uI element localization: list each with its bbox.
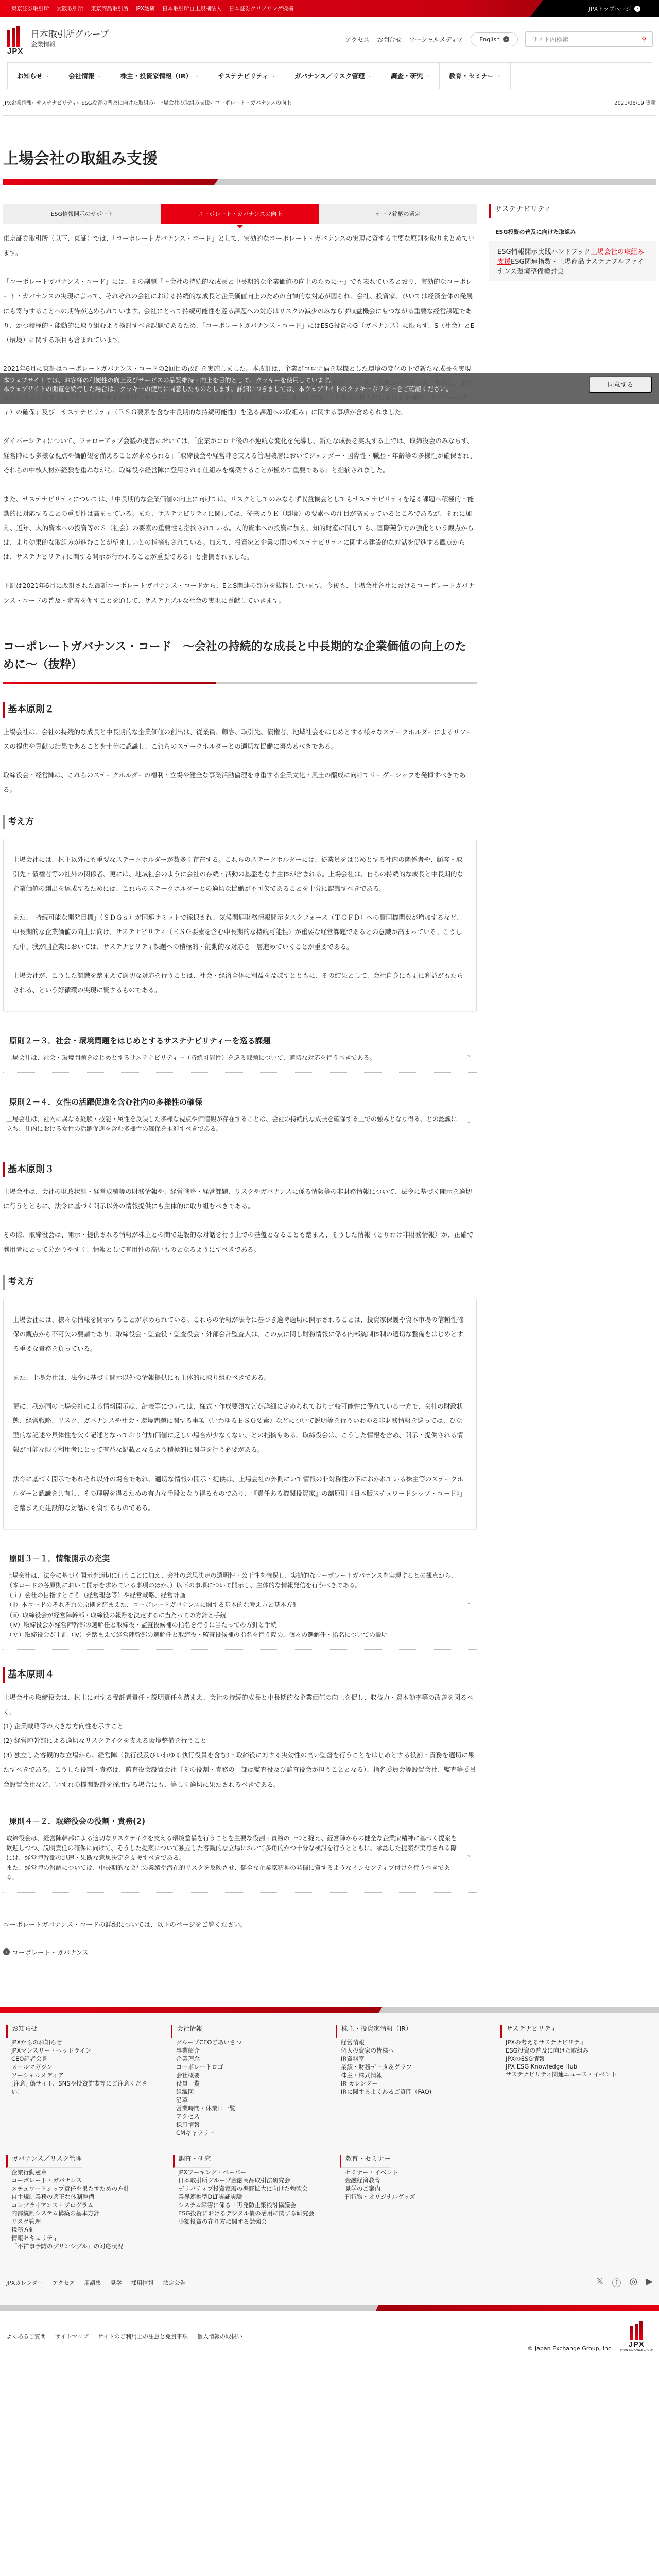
chevron-down-icon[interactable]: ⌄ — [466, 1851, 472, 1858]
nav-item-label: 会社情報 — [68, 71, 94, 80]
footer-link[interactable]: IR カレンダー — [341, 2079, 483, 2088]
nav-item-label: 教育・セミナー — [449, 71, 494, 80]
approach-heading: 考え方 — [3, 1275, 477, 1290]
footer-link-list: JPXの考えるサステナビリティESG投資の普及に向けた取組みJPXのESG情報J… — [500, 2033, 653, 2078]
nav-item-label: 株主・投資家情報（IR） — [120, 71, 192, 80]
site-header: JPX 日本取引所グループ 企業情報 アクセス お問合せ ソーシャルメディア E… — [0, 17, 659, 62]
sidebar-list: ESG情報開示実践ハンドブック上場会社の取組み支援ESG関連指数・上場商品サステ… — [489, 241, 656, 281]
footer-link[interactable]: 刊行物・オリジナルグッズ — [345, 2193, 489, 2201]
footer-link[interactable]: 会社概要 — [176, 2071, 318, 2079]
footer-link[interactable]: IRに関するよくあるご質問（FAQ) — [341, 2088, 483, 2096]
accordion-body: 上場会社は、社内に異なる経験・技能・属性を反映した多様な視点や価値観が存在するこ… — [6, 1114, 474, 1134]
global-nav: お知らせ⌄会社情報⌄株主・投資家情報（IR）⌄サステナビリティ⌄ガバナンス／リス… — [7, 62, 652, 89]
tab-item[interactable]: テーマ銘柄の選定 — [319, 204, 477, 224]
nav-item[interactable]: 教育・セミナー⌄ — [439, 63, 511, 89]
footer-column-heading[interactable]: お知らせ — [6, 2025, 38, 2038]
principle-paragraph: その際、取締役会は、開示・提供される情報が株主との間で建設的な対話を行う上での基… — [3, 1228, 477, 1257]
principle-paragraph: 取締役会・経営陣は、これらのステークホルダーの権利・立場や健全な事業活動倫理を尊… — [3, 768, 477, 797]
updated-date: 2021/08/19 更新 — [614, 98, 656, 106]
approach-box: 上場会社には、株主以外にも重要なステークホルダーが数多く存在する。これらのステー… — [3, 839, 477, 1011]
footer-link[interactable]: 内部統制システム構築の基本方針 — [11, 2209, 155, 2217]
footer-utility-links: JPXカレンダーアクセス用語集見学採用情報法定公告 — [6, 2279, 185, 2287]
group-topbar: 東京証券取引所大阪取引所東京商品取引所JPX総研日本取引所自主規制法人日本証券ク… — [0, 0, 659, 17]
footer-link[interactable]: 「不祥事予防のプリンシプル」の対応状況 — [11, 2242, 155, 2250]
x-icon[interactable]: 𝕏 — [596, 2276, 604, 2290]
accordion-body: 上場会社は、社会・環境問題をはじめとするサステナビリティー（持続可能性）を巡る課… — [6, 1053, 474, 1063]
legal-bar: よくあるご質問サイトマップサイトのご利用上の注意と免責事項個人情報の取扱い © … — [0, 2311, 659, 2372]
group-company-link[interactable]: 日本取引所自主規制法人 — [162, 5, 222, 12]
footer-link[interactable]: JPXのESG情報 — [506, 2055, 648, 2063]
footer-utility-link[interactable]: JPXカレンダー — [6, 2279, 43, 2287]
footer-link[interactable]: 株主・株式情報 — [341, 2071, 483, 2079]
chevron-down-icon: ⌄ — [497, 73, 501, 78]
page-title: 上場会社の取組み支援 — [3, 146, 656, 168]
footer-link[interactable]: メールマガジン — [11, 2063, 153, 2071]
header-link-social[interactable]: ソーシャルメディア — [409, 35, 463, 44]
title-divider — [3, 179, 656, 185]
principle-text: 上場会社の取締役会は、株主に対する受託者責任・説明責任を踏まえ、会社の持続的成長… — [3, 1690, 477, 1792]
footer-link[interactable]: 役員一覧 — [176, 2079, 318, 2088]
breadcrumb-item: コーポレート・ガバナンスの向上 — [215, 100, 291, 106]
footer: お知らせJPXからのお知らせJPXマンスリー・ヘッドラインCEO記者会見メールマ… — [0, 2013, 659, 2305]
jpx-logo[interactable]: JPX 日本取引所グループ 企業情報 — [7, 24, 109, 56]
breadcrumb-item[interactable]: サステナビリティ — [37, 100, 77, 106]
legal-link[interactable]: よくあるご質問 — [6, 2332, 46, 2341]
nav-item[interactable]: 株主・投資家情報（IR）⌄ — [111, 63, 209, 89]
footer-link[interactable]: 企業行動憲章 — [11, 2168, 155, 2176]
approach-paragraph: 上場会社には、株主以外にも重要なステークホルダーが数多く存在する。これらのステー… — [13, 853, 467, 896]
instagram-icon[interactable]: ◎ — [629, 2276, 637, 2290]
footer-column: 調査・研究JPXワーキング・ペーパー日本取引所グループ金融商品取引法研究会デリバ… — [173, 2154, 327, 2250]
intro-paragraph: 東京証券取引所（以下、東証）では、「コーポレートガバナンス・コード」として、実効… — [3, 231, 477, 260]
footer-link[interactable]: グループCEOごあいさつ — [176, 2038, 318, 2046]
footer-link[interactable]: セミナー・イベント — [345, 2168, 489, 2176]
chevron-down-icon: ⌄ — [368, 73, 372, 78]
principle-paragraph: 上場会社は、会社の持続的な成長と中長期的な企業価値の創出は、従業員、顧客、取引先… — [3, 725, 477, 754]
brand-subtitle: 企業情報 — [31, 40, 109, 48]
chevron-down-icon: ⌄ — [97, 73, 101, 78]
footer-link[interactable]: JPXの考えるサステナビリティ — [506, 2038, 648, 2046]
nav-item[interactable]: 調査・研究⌄ — [381, 63, 439, 89]
nav-item[interactable]: お知らせ⌄ — [7, 63, 59, 89]
footer-column-heading[interactable]: 会社情報 — [171, 2025, 202, 2038]
english-button[interactable]: English› — [471, 32, 518, 46]
chevron-down-icon[interactable]: ⌄ — [466, 1051, 472, 1058]
principle-text: 上場会社は、会社の持続的な成長と中長期的な企業価値の創出は、従業員、顧客、取引先… — [3, 725, 477, 798]
principle-heading: 基本原則４ — [3, 1667, 477, 1683]
footer-link[interactable]: 沿革 — [176, 2096, 318, 2104]
nav-item-label: 調査・研究 — [391, 71, 423, 80]
footer-link[interactable]: リスク管理 — [11, 2217, 155, 2226]
sidebar-heading[interactable]: サステナビリティ — [489, 204, 656, 218]
approach-paragraph: また、上場会社は、法令に基づく開示以外の情報提供にも主体的に取り組むべきである。 — [13, 1370, 467, 1385]
accordion-body: 取締役会は、経営陣幹部による適切なリスクテイクを支える環境整備を行うことを主要な… — [6, 1834, 474, 1883]
principle-heading: 基本原則３ — [3, 1162, 477, 1178]
principle-paragraph: 上場会社の取締役会は、株主に対する受託者責任・説明責任を踏まえ、会社の持続的成長… — [3, 1690, 477, 1719]
breadcrumb-separator-icon: › — [154, 100, 156, 106]
tab-item[interactable]: コーポレート・ガバナンスの向上 — [161, 204, 319, 224]
jpx-footer-logo: JPX JAPAN EXCHANGE GROUP — [620, 2321, 653, 2352]
breadcrumb: JPX企業情報›サステナビリティ›ESG投資の普及に向けた取組み›上場会社の取組… — [3, 98, 294, 106]
footer-link[interactable]: 企業理念 — [176, 2055, 318, 2063]
facebook-icon[interactable]: ⓕ — [612, 2276, 621, 2290]
breadcrumb-separator-icon: › — [210, 100, 212, 106]
sidebar-item[interactable]: ESG情報開示実践ハンドブック — [497, 248, 591, 256]
breadcrumb-separator-icon: › — [32, 100, 34, 106]
approach-paragraph: 更に、我が国の上場会社による情報開示は、計表等については、様式・作成要領などが詳… — [13, 1399, 467, 1458]
breadcrumb-row: JPX企業情報›サステナビリティ›ESG投資の普及に向けた取組み›上場会社の取組… — [3, 98, 656, 116]
approach-paragraph: 法令に基づく開示であれそれ以外の場合であれ、適切な情報の開示・提供は、上場会社の… — [13, 1472, 467, 1515]
footer-column-heading[interactable]: 株主・投資家情報（IR） — [336, 2025, 412, 2038]
search-icon[interactable]: ⚲ — [641, 36, 646, 43]
cookie-agree-button[interactable]: 同意する — [589, 376, 652, 393]
group-company-link[interactable]: JPX総研 — [136, 5, 155, 12]
chevron-down-icon[interactable]: ⌄ — [466, 1599, 472, 1606]
breadcrumb-item[interactable]: ESG投資の普及に向けた取組み — [81, 100, 153, 106]
footer-column: お知らせJPXからのお知らせJPXマンスリー・ヘッドラインCEO記者会見メールマ… — [6, 2024, 159, 2137]
nav-item-label: お知らせ — [17, 71, 43, 80]
sidebar: サステナビリティ ESG投資の普及に向けた取組み ESG情報開示実践ハンドブック… — [489, 204, 656, 1957]
footer-link-list: JPXワーキング・ペーパー日本取引所グループ金融商品取引法研究会デリバティブ投資… — [173, 2163, 327, 2226]
principle-paragraph: 上場会社は、会社の財政状態・経営成績等の財務情報や、経営戦略・経営課題、リスクや… — [3, 1184, 477, 1213]
corporate-governance-link[interactable]: ›コーポレート・ガバナンス — [3, 1947, 477, 1957]
footer-link[interactable]: アクセス — [176, 2112, 318, 2121]
footer-link[interactable]: スチュワードシップ責任を果たすための方針 — [11, 2184, 155, 2193]
tab-item[interactable]: ESG情報開示のサポート — [3, 204, 161, 224]
footer-link[interactable]: 組織図 — [176, 2088, 318, 2096]
footer-link[interactable]: システム障害に係る「再発防止策検討協議会」 — [178, 2201, 322, 2209]
nav-item-label: ガバナンス／リスク管理 — [294, 71, 365, 80]
nav-item[interactable]: ガバナンス／リスク管理⌄ — [285, 63, 381, 89]
chevron-down-icon: ⌄ — [46, 73, 50, 78]
principle-paragraph: (1) 企業戦略等の大きな方向性を示すこと — [3, 1719, 477, 1734]
approach-box: 上場会社には、様々な情報を開示することが求められている。これらの情報が法令に基づ… — [3, 1299, 477, 1529]
approach-paragraph: 上場会社が、こうした認識を踏まえて適切な対応を行うことは、社会・経済全体に利益を… — [13, 969, 467, 997]
group-company-link[interactable]: 東京商品取引所 — [91, 5, 129, 12]
principle-text: 上場会社は、会社の財政状態・経営成績等の財務情報や、経営戦略・経営課題、リスクや… — [3, 1184, 477, 1257]
jpx-logo-mark: JPX — [7, 24, 26, 56]
footer-link[interactable]: デリバティブ投資家層の裾野拡大に向けた勉強会 — [178, 2184, 322, 2193]
group-company-link[interactable]: 東京証券取引所 — [11, 5, 49, 12]
main-content: ESG情報開示のサポートコーポレート・ガバナンスの向上テーマ銘柄の選定 東京証券… — [3, 204, 477, 1957]
footer-link[interactable]: コーポレートロゴ — [176, 2063, 318, 2071]
legal-link[interactable]: サイトマップ — [55, 2332, 89, 2341]
legal-link[interactable]: サイトのご利用上の注意と免責事項 — [98, 2332, 188, 2341]
footer-column: 会社情報グループCEOごあいさつ事業紹介企業理念コーポレートロゴ会社概要役員一覧… — [171, 2024, 323, 2137]
nav-item[interactable]: サステナビリティ⌄ — [209, 63, 285, 89]
principle-accordion[interactable]: 原則３－１．情報開示の充実上場会社は、法令に基づく開示を適切に行うことに加え、会… — [3, 1548, 477, 1650]
footer-link[interactable]: 採用情報 — [176, 2121, 318, 2129]
footer-column-heading[interactable]: 教育・セミナー — [340, 2155, 391, 2168]
code-title: コーポレートガバナンス・コード ～会社の持続的な成長と中長期的な企業価値の向上の… — [3, 638, 477, 674]
principle-paragraph: (3) 独立した客観的な立場から、経営陣（執行役及びいわゆる執行役員を含む）・取… — [3, 1748, 477, 1791]
intro-paragraph: また、サステナビリティについては、「中長期的な企業価値の向上に向けては、リスクと… — [3, 492, 477, 565]
footer-link-list: JPXからのお知らせJPXマンスリー・ヘッドラインCEO記者会見メールマガジンソ… — [6, 2033, 159, 2096]
footer-link[interactable]: JPX ESG Knowledge Hub — [506, 2063, 648, 2070]
accordion-title: 原則２－３．社会・環境問題をはじめとするサステナビリティーを巡る課題 — [6, 1035, 474, 1046]
nav-item-label: サステナビリティ — [218, 71, 269, 80]
group-company-link[interactable]: 大阪取引所 — [57, 5, 84, 12]
footer-column: 株主・投資家情報（IR）経営情報個人投資家の皆様へIR資料室業績・財務データ＆グ… — [336, 2024, 488, 2137]
chevron-down-icon: ⌄ — [195, 73, 199, 78]
footer-link[interactable]: 少額投資の在り方に関する勉強会 — [178, 2217, 322, 2226]
footer-link-list: グループCEOごあいさつ事業紹介企業理念コーポレートロゴ会社概要役員一覧組織図沿… — [171, 2033, 323, 2137]
footer-link[interactable]: サステナビリティ関連ニュース・イベント — [506, 2070, 648, 2078]
breadcrumb-item[interactable]: 上場会社の取組み支援 — [159, 100, 210, 106]
accordion-title: 原則２－４．女性の活躍促進を含む社内の多様性の確保 — [6, 1096, 474, 1107]
footer-link[interactable]: 業績・財務データ＆グラフ — [341, 2063, 483, 2071]
chevron-down-icon: ⌄ — [426, 73, 430, 78]
sidebar-item[interactable]: ESG関連指数・上場商品 — [511, 258, 585, 266]
approach-heading: 考え方 — [3, 815, 477, 829]
legal-links: よくあるご質問サイトマップサイトのご利用上の注意と免責事項個人情報の取扱い — [6, 2332, 242, 2341]
principle-accordion[interactable]: 原則２－４．女性の活躍促進を含む社内の多様性の確保上場会社は、社内に異なる経験・… — [3, 1091, 477, 1144]
footer-link[interactable]: 金融経済教育 — [345, 2176, 489, 2184]
nav-item[interactable]: 会社情報⌄ — [59, 63, 111, 89]
site-search-input[interactable]: サイト内検索⚲ — [525, 31, 653, 47]
brand-name: 日本取引所グループ — [31, 27, 109, 40]
principle-heading: 基本原則２ — [3, 702, 477, 718]
sidebar-subheading[interactable]: ESG投資の普及に向けた取組み — [489, 218, 656, 241]
chevron-down-icon[interactable]: ⌄ — [466, 1117, 472, 1125]
footer-column: サステナビリティJPXの考えるサステナビリティESG投資の普及に向けた取組みJP… — [500, 2024, 653, 2137]
arrow-right-icon: › — [3, 1948, 10, 1955]
accordion-title: 原則３－１．情報開示の充実 — [6, 1553, 474, 1564]
footer-link[interactable]: ESG投資の普及に向けた取組み — [506, 2046, 648, 2055]
footer-column: ガバナンス／リスク管理企業行動憲章コーポレート・ガバナンススチュワードシップ責任… — [6, 2154, 161, 2250]
footer-link[interactable]: 自主規制業務の適正な体制整備 — [11, 2193, 155, 2201]
breadcrumb-separator-icon: › — [77, 100, 79, 106]
footer-link[interactable]: JPXからのお知らせ — [11, 2038, 153, 2046]
footer-link[interactable]: 日本取引所グループ金融商品取引法研究会 — [178, 2176, 322, 2184]
principle-accordion[interactable]: 原則４－２．取締役会の役割・責務(2)取締役会は、経営陣幹部による適切なリスクテ… — [3, 1810, 477, 1893]
footer-link[interactable]: JPXマンスリー・ヘッドライン — [11, 2046, 153, 2055]
footer-link[interactable]: 営業時間・休業日一覧 — [176, 2104, 318, 2112]
footer-link[interactable]: IR資料室 — [341, 2055, 483, 2063]
intro-paragraph: 「コーポレートガバナンス・コード」には、その副題「～会社の持続的な成長と中長期的… — [3, 275, 477, 347]
footer-link[interactable]: ESG投資におけるデジタル債の活用に関する研究会 — [178, 2209, 322, 2217]
closing-text: コーポレートガバナンス・コードの詳細については、以下のページをご覧ください。 — [3, 1918, 477, 1932]
section-divider — [3, 682, 477, 684]
principle-accordion[interactable]: 原則２－３．社会・環境問題をはじめとするサステナビリティーを巡る課題上場会社は、… — [3, 1030, 477, 1073]
footer-link[interactable]: 経営情報 — [341, 2038, 483, 2046]
legal-link[interactable]: 個人情報の取扱い — [197, 2332, 242, 2341]
breadcrumb-item[interactable]: JPX企業情報 — [3, 100, 32, 106]
group-company-links: 東京証券取引所大阪取引所東京商品取引所JPX総研日本取引所自主規制法人日本証券ク… — [11, 5, 293, 12]
footer-utility-link[interactable]: 用語集 — [84, 2279, 101, 2287]
footer-divider-bottom — [0, 2305, 659, 2311]
footer-link-list: セミナー・イベント金融経済教育見学のご案内刊行物・オリジナルグッズ — [340, 2163, 494, 2201]
copyright: © Japan Exchange Group, Inc. — [527, 2345, 613, 2352]
footer-link[interactable]: 個人投資家の皆様へ — [341, 2046, 483, 2055]
approach-paragraph: 上場会社には、様々な情報を開示することが求められている。これらの情報が法令に基づ… — [13, 1313, 467, 1356]
footer-link[interactable]: 事業紹介 — [176, 2046, 318, 2055]
jpx-top-page-link[interactable]: JPXトップページ› — [530, 0, 659, 17]
footer-link-list: 企業行動憲章コーポレート・ガバナンススチュワードシップ責任を果たすための方針自主… — [6, 2163, 161, 2250]
youtube-icon[interactable]: ▶ — [646, 2276, 653, 2290]
footer-utility-link[interactable]: 見学 — [110, 2279, 122, 2287]
footer-column: 教育・セミナーセミナー・イベント金融経済教育見学のご案内刊行物・オリジナルグッズ — [340, 2154, 494, 2250]
footer-divider — [0, 2007, 659, 2013]
footer-link[interactable]: コンプライアンス・プログラム — [11, 2201, 155, 2209]
footer-column-heading[interactable]: ガバナンス／リスク管理 — [6, 2155, 82, 2168]
header-link-access[interactable]: アクセス — [345, 35, 370, 44]
principle-paragraph: (2) 経営陣幹部による適切なリスクテイクを支える環境整備を行うこと — [3, 1734, 477, 1748]
arrow-right-icon: › — [503, 36, 509, 42]
footer-link[interactable]: 見学のご案内 — [345, 2184, 489, 2193]
cookie-banner: 本ウェブサイトでは、お客様の利便性の向上及びサービスの品質維持・向上を目的として… — [0, 373, 659, 404]
footer-column-heading[interactable]: 調査・研究 — [173, 2155, 211, 2168]
footer-link[interactable]: [注意] 偽サイト、SNSや投資詐欺等にご注意ください！ — [11, 2079, 153, 2096]
header-link-contact[interactable]: お問合せ — [377, 35, 402, 44]
cookie-policy-link[interactable]: クッキーポリシー — [347, 385, 396, 393]
footer-link[interactable]: 業界連携型DLT実証実験 — [178, 2193, 322, 2201]
footer-utility-link[interactable]: 採用情報 — [131, 2279, 153, 2287]
social-links: 𝕏 ⓕ ◎ ▶ — [596, 2276, 653, 2290]
intro-paragraph: ダイバーシティについて、フォローアップ会議の提言においては、「企業がコロナ後の不… — [3, 434, 477, 477]
accordion-body: 上場会社は、法令に基づく開示を適切に行うことに加え、会社の意思決定の透明性・公正… — [6, 1571, 474, 1640]
footer-link[interactable]: 税務方針 — [11, 2226, 155, 2234]
intro-paragraph: 下記は2021年6月に改訂された最新コーポレートガバナンス・コードから、EとS関… — [3, 579, 477, 607]
footer-link[interactable]: CEO記者会見 — [11, 2055, 153, 2063]
footer-link[interactable]: コーポレート・ガバナンス — [11, 2176, 155, 2184]
footer-link[interactable]: 情報セキュリティ — [11, 2234, 155, 2242]
footer-utility-link[interactable]: 法定公告 — [163, 2279, 185, 2287]
footer-link[interactable]: CMギャラリー — [176, 2129, 318, 2137]
accordion-title: 原則４－２．取締役会の役割・責務(2) — [6, 1816, 474, 1826]
footer-link-list: 経営情報個人投資家の皆様へIR資料室業績・財務データ＆グラフ株主・株式情報IR … — [336, 2033, 488, 2096]
page-tabs: ESG情報開示のサポートコーポレート・ガバナンスの向上テーマ銘柄の選定 — [3, 204, 477, 224]
footer-link[interactable]: ソーシャルメディア — [11, 2071, 153, 2079]
footer-column-heading[interactable]: サステナビリティ — [500, 2025, 557, 2038]
approach-paragraph: また、「持続可能な開発目標」（ＳＤＧｓ）が国連サミットで採択され、気候関連財務情… — [13, 910, 467, 954]
arrow-right-icon: › — [634, 6, 640, 12]
footer-link[interactable]: JPXワーキング・ペーパー — [178, 2168, 322, 2176]
group-company-link[interactable]: 日本証券クリアリング機構 — [229, 5, 293, 12]
chevron-down-icon: ⌄ — [272, 73, 276, 78]
footer-utility-link[interactable]: アクセス — [53, 2279, 75, 2287]
